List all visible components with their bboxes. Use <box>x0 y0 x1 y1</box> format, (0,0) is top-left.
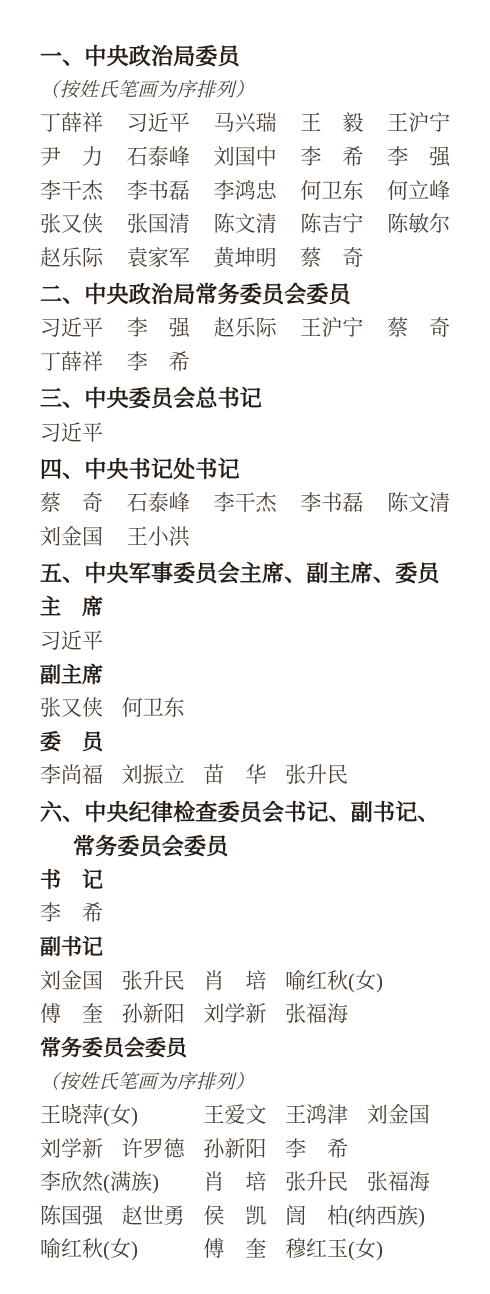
section-heading: 二、中央政治局常务委员会委员 <box>40 277 462 311</box>
section-heading: 三、中央委员会总书记 <box>40 381 462 415</box>
member-name: 习近平 <box>40 417 122 447</box>
member-name: 丁薛祥 <box>40 346 127 376</box>
member-name: 蔡 奇 <box>40 487 127 517</box>
member-name: 丁薛祥 <box>40 107 127 137</box>
member-name: 孙新阳 <box>122 998 204 1028</box>
document: 一、中央政治局委员（按姓氏笔画为序排列）丁薛祥习近平马兴瑞王 毅王沪宁尹 力石泰… <box>0 0 490 1265</box>
section-heading: 六、中央纪律检查委员会书记、副书记、 <box>40 794 462 828</box>
member-name: 苗 华 <box>203 759 285 789</box>
member-name: 李 希 <box>127 346 214 376</box>
section-heading: 四、中央书记处书记 <box>40 451 462 485</box>
member-name: 张又侠 <box>40 692 122 722</box>
member-name: 陈文清 <box>214 208 301 238</box>
role-subheading: 书 记 <box>40 862 462 896</box>
member-name: 刘金国 <box>367 1099 462 1129</box>
member-name: 马兴瑞 <box>214 107 301 137</box>
member-name: 穆红玉(女) <box>285 1233 462 1263</box>
name-row: 刘金国张升民肖 培喻红秋(女) <box>40 963 462 997</box>
member-name: 刘学新 <box>40 1133 122 1163</box>
member-name: 黄坤明 <box>214 242 301 272</box>
member-name: 王晓萍(女) <box>40 1099 203 1129</box>
member-name: 习近平 <box>40 625 122 655</box>
role-subheading: 副书记 <box>40 929 462 963</box>
name-row: 张又侠何卫东 <box>40 690 462 724</box>
member-name: 王 毅 <box>300 107 387 137</box>
member-name: 陈敏尔 <box>387 208 462 238</box>
member-name: 张福海 <box>367 1166 462 1196</box>
member-name: 喻红秋(女) <box>40 1233 203 1263</box>
name-row: 王晓萍(女)王爱文王鸿津刘金国 <box>40 1097 462 1131</box>
name-row: 李干杰李书磊李鸿忠何卫东何立峰 <box>40 173 462 207</box>
role-subheading: 副主席 <box>40 657 462 691</box>
member-name: 李 强 <box>127 312 214 342</box>
member-name: 王小洪 <box>127 521 214 551</box>
member-name: 李干杰 <box>40 175 127 205</box>
member-name: 肖 培 <box>203 1166 285 1196</box>
member-name: 刘国中 <box>214 141 301 171</box>
member-name: 李干杰 <box>214 487 301 517</box>
member-name: 石泰峰 <box>127 141 214 171</box>
member-name: 习近平 <box>127 107 214 137</box>
member-name: 王沪宁 <box>387 107 462 137</box>
member-name: 刘学新 <box>203 998 285 1028</box>
member-name: 何立峰 <box>387 175 462 205</box>
name-row: 喻红秋(女)傅 奎穆红玉(女) <box>40 1232 462 1266</box>
name-row: 傅 奎孙新阳刘学新张福海 <box>40 996 462 1030</box>
section-politburo-members: 一、中央政治局委员（按姓氏笔画为序排列）丁薛祥习近平马兴瑞王 毅王沪宁尹 力石泰… <box>40 38 462 274</box>
member-name: 陈吉宁 <box>300 208 387 238</box>
member-name: 李 希 <box>285 1133 367 1163</box>
name-row: 张又侠张国清陈文清陈吉宁陈敏尔 <box>40 206 462 240</box>
member-name: 刘金国 <box>40 521 127 551</box>
member-name: 尹 力 <box>40 141 127 171</box>
section-general-secretary: 三、中央委员会总书记习近平 <box>40 381 462 449</box>
name-row: 李欣然(满族)肖 培张升民张福海 <box>40 1164 462 1198</box>
member-name: 侯 凯 <box>203 1200 285 1230</box>
name-row: 刘学新许罗德孙新阳李 希 <box>40 1131 462 1165</box>
role-subheading: 主 席 <box>40 590 462 624</box>
member-name: 陈国强 <box>40 1200 122 1230</box>
member-name: 孙新阳 <box>203 1133 285 1163</box>
section-central-military-commission: 五、中央军事委员会主席、副主席、委员主 席习近平副主席张又侠何卫东委 员李尚福刘… <box>40 556 462 792</box>
member-name: 袁家军 <box>127 242 214 272</box>
member-name: 喻红秋(女) <box>285 965 367 995</box>
sort-order-note: （按姓氏笔画为序排列） <box>40 72 462 106</box>
role-subheading: 委 员 <box>40 724 462 758</box>
member-name: 李 希 <box>40 897 122 927</box>
member-name: 訚 柏(纳西族) <box>285 1200 462 1230</box>
name-row: 习近平 <box>40 623 462 657</box>
member-name: 许罗德 <box>122 1133 204 1163</box>
member-name: 习近平 <box>40 312 127 342</box>
member-name: 何卫东 <box>122 692 204 722</box>
section-politburo-standing-committee: 二、中央政治局常务委员会委员习近平李 强赵乐际王沪宁蔡 奇丁薛祥李 希 <box>40 277 462 378</box>
member-name: 李 强 <box>387 141 462 171</box>
name-row: 赵乐际袁家军黄坤明蔡 奇 <box>40 240 462 274</box>
section-secretariat: 四、中央书记处书记蔡 奇石泰峰李干杰李书磊陈文清刘金国王小洪 <box>40 451 462 552</box>
member-name: 张国清 <box>127 208 214 238</box>
member-name: 张升民 <box>285 1166 367 1196</box>
name-row: 丁薛祥李 希 <box>40 344 462 378</box>
name-row: 丁薛祥习近平马兴瑞王 毅王沪宁 <box>40 106 462 140</box>
section-heading: 一、中央政治局委员 <box>40 38 462 72</box>
member-name: 张升民 <box>285 759 367 789</box>
section-heading: 五、中央军事委员会主席、副主席、委员 <box>40 556 462 590</box>
member-name: 李 希 <box>300 141 387 171</box>
member-name: 李欣然(满族) <box>40 1166 203 1196</box>
name-row: 李 希 <box>40 896 462 930</box>
member-name: 陈文清 <box>387 487 462 517</box>
member-name: 赵世勇 <box>122 1200 204 1230</box>
member-name: 张福海 <box>285 998 367 1028</box>
name-row: 习近平李 强赵乐际王沪宁蔡 奇 <box>40 311 462 345</box>
member-name: 张升民 <box>122 965 204 995</box>
name-row: 尹 力石泰峰刘国中李 希李 强 <box>40 139 462 173</box>
member-name: 李鸿忠 <box>214 175 301 205</box>
section-heading: 常务委员会委员 <box>40 828 462 862</box>
member-name: 傅 奎 <box>203 1233 285 1263</box>
member-name: 石泰峰 <box>127 487 214 517</box>
member-name: 李尚福 <box>40 759 122 789</box>
member-name: 蔡 奇 <box>300 242 387 272</box>
member-name: 何卫东 <box>300 175 387 205</box>
member-name: 刘金国 <box>40 965 122 995</box>
member-name: 王鸿津 <box>285 1099 367 1129</box>
name-row: 刘金国王小洪 <box>40 519 462 553</box>
name-row: 蔡 奇石泰峰李干杰李书磊陈文清 <box>40 485 462 519</box>
member-name: 赵乐际 <box>214 312 301 342</box>
role-subheading: 常务委员会委员 <box>40 1030 462 1064</box>
member-name: 傅 奎 <box>40 998 122 1028</box>
section-ccdi-leadership: 六、中央纪律检查委员会书记、副书记、常务委员会委员书 记李 希副书记刘金国张升民… <box>40 794 462 1265</box>
member-name: 李书磊 <box>300 487 387 517</box>
member-name: 王沪宁 <box>300 312 387 342</box>
name-row: 陈国强赵世勇侯 凯訚 柏(纳西族) <box>40 1198 462 1232</box>
name-row: 习近平 <box>40 415 462 449</box>
member-name: 李书磊 <box>127 175 214 205</box>
member-name: 肖 培 <box>203 965 285 995</box>
member-name: 张又侠 <box>40 208 127 238</box>
sort-order-note: （按姓氏笔画为序排列） <box>40 1064 462 1098</box>
member-name: 赵乐际 <box>40 242 127 272</box>
member-name: 王爱文 <box>203 1099 285 1129</box>
member-name: 蔡 奇 <box>387 312 462 342</box>
member-name: 刘振立 <box>122 759 204 789</box>
name-row: 李尚福刘振立苗 华张升民 <box>40 758 462 792</box>
